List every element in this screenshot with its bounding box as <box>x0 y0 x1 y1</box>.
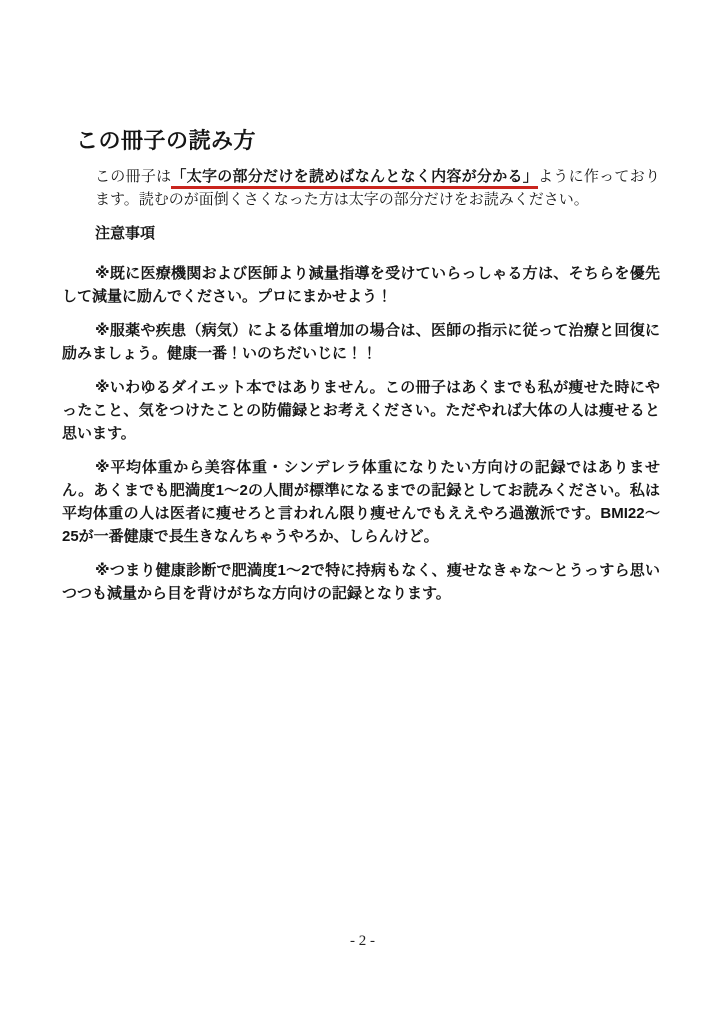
intro-prefix: この冊子は <box>95 168 171 185</box>
note-paragraph-intended-audience: ※つまり健康診断で肥満度1～2で特に持病もなく、痩せなきゃな～とうっすら思いつつ… <box>62 559 660 605</box>
note-paragraph-not-diet-book: ※いわゆるダイエット本ではありません。この冊子はあくまでも私が痩せた時にやったこ… <box>62 376 660 445</box>
page-content: この冊子の読み方 この冊子は「太字の部分だけを読めばなんとなく内容が分かる」よう… <box>62 126 660 616</box>
intro-paragraph: この冊子は「太字の部分だけを読めばなんとなく内容が分かる」ように作っております。… <box>95 165 660 211</box>
page-title: この冊子の読み方 <box>76 126 660 156</box>
intro-highlighted-phrase: 「太字の部分だけを読めばなんとなく内容が分かる」 <box>171 168 538 189</box>
note-paragraph-medical-guidance: ※既に医療機関および医師より減量指導を受けていらっしゃる方は、そちらを優先して減… <box>62 262 660 308</box>
section-label-notes: 注意事項 <box>95 222 660 245</box>
document-page: この冊子の読み方 この冊子は「太字の部分だけを読めばなんとなく内容が分かる」よう… <box>0 0 725 1024</box>
note-paragraph-target-weight-range: ※平均体重から美容体重・シンデレラ体重になりたい方向けの記録ではありません。あく… <box>62 456 660 548</box>
page-number: - 2 - <box>0 933 725 950</box>
note-paragraph-medication-illness: ※服薬や疾患（病気）による体重増加の場合は、医師の指示に従って治療と回復に励みま… <box>62 319 660 365</box>
